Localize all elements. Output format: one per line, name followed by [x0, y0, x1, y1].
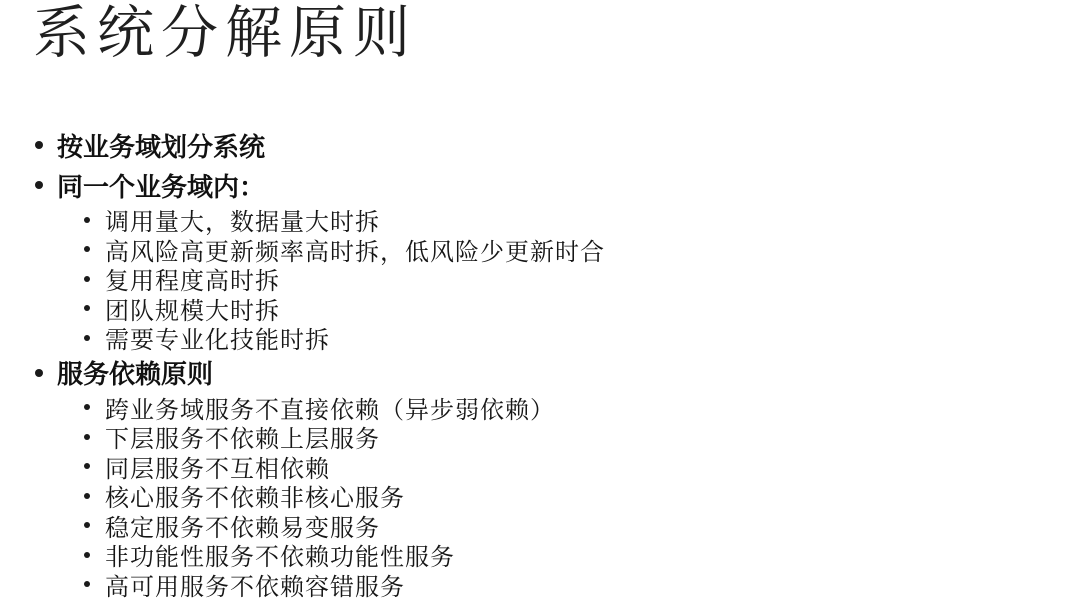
sub-item-text: 需要专业化技能时拆 — [105, 320, 330, 355]
list-item: 服务依赖原则 跨业务域服务不直接依赖（异步弱依赖） 下层服务不依赖上层服务 同层… — [35, 353, 1060, 600]
bullet-icon — [84, 581, 90, 587]
list-item: 核心服务不依赖非核心服务 — [84, 481, 1060, 511]
bullet-icon — [35, 141, 43, 149]
slide: 系统分解原则 按业务域划分系统 同一个业务域内： 调用量大，数据量大时拆 — [0, 0, 1080, 607]
bullet-icon — [84, 217, 90, 223]
list-item: 调用量大，数据量大时拆 — [84, 205, 1060, 235]
list-item: 高风险高更新频率高时拆，低风险少更新时合 — [84, 235, 1060, 265]
bullet-icon — [84, 404, 90, 410]
section-heading-row: 按业务域划分系统 — [35, 125, 1060, 165]
sub-list: 跨业务域服务不直接依赖（异步弱依赖） 下层服务不依赖上层服务 同层服务不互相依赖… — [35, 393, 1060, 600]
bullet-icon — [35, 181, 43, 189]
bullet-icon — [84, 246, 90, 252]
list-item: 需要专业化技能时拆 — [84, 323, 1060, 353]
section-heading-row: 同一个业务域内： — [35, 165, 1060, 205]
sub-item-text: 高可用服务不依赖容错服务 — [105, 567, 405, 602]
list-item: 同一个业务域内： 调用量大，数据量大时拆 高风险高更新频率高时拆，低风险少更新时… — [35, 165, 1060, 353]
list-item: 团队规模大时拆 — [84, 294, 1060, 324]
list-item: 同层服务不互相依赖 — [84, 452, 1060, 482]
bullet-icon — [84, 463, 90, 469]
section-heading: 按业务域划分系统 — [57, 127, 265, 164]
list-item: 复用程度高时拆 — [84, 264, 1060, 294]
bullet-icon — [84, 552, 90, 558]
list-item: 非功能性服务不依赖功能性服务 — [84, 540, 1060, 570]
section-heading: 同一个业务域内： — [57, 167, 265, 204]
bullet-icon — [84, 335, 90, 341]
list-item: 高可用服务不依赖容错服务 — [84, 570, 1060, 600]
bullet-icon — [84, 522, 90, 528]
list-item: 按业务域划分系统 — [35, 125, 1060, 165]
list-item: 稳定服务不依赖易变服务 — [84, 511, 1060, 541]
sub-list: 调用量大，数据量大时拆 高风险高更新频率高时拆，低风险少更新时合 复用程度高时拆… — [35, 205, 1060, 353]
list-item: 下层服务不依赖上层服务 — [84, 422, 1060, 452]
outline: 按业务域划分系统 同一个业务域内： 调用量大，数据量大时拆 高风险高更新频率高时… — [35, 125, 1060, 599]
section-heading: 服务依赖原则 — [57, 354, 213, 391]
section-heading-row: 服务依赖原则 — [35, 353, 1060, 393]
bullet-icon — [35, 369, 43, 377]
bullet-icon — [84, 305, 90, 311]
list-item: 跨业务域服务不直接依赖（异步弱依赖） — [84, 393, 1060, 423]
page-title: 系统分解原则 — [33, 2, 417, 66]
outline-list: 按业务域划分系统 同一个业务域内： 调用量大，数据量大时拆 高风险高更新频率高时… — [35, 125, 1060, 599]
bullet-icon — [84, 434, 90, 440]
bullet-icon — [84, 276, 90, 282]
bullet-icon — [84, 493, 90, 499]
